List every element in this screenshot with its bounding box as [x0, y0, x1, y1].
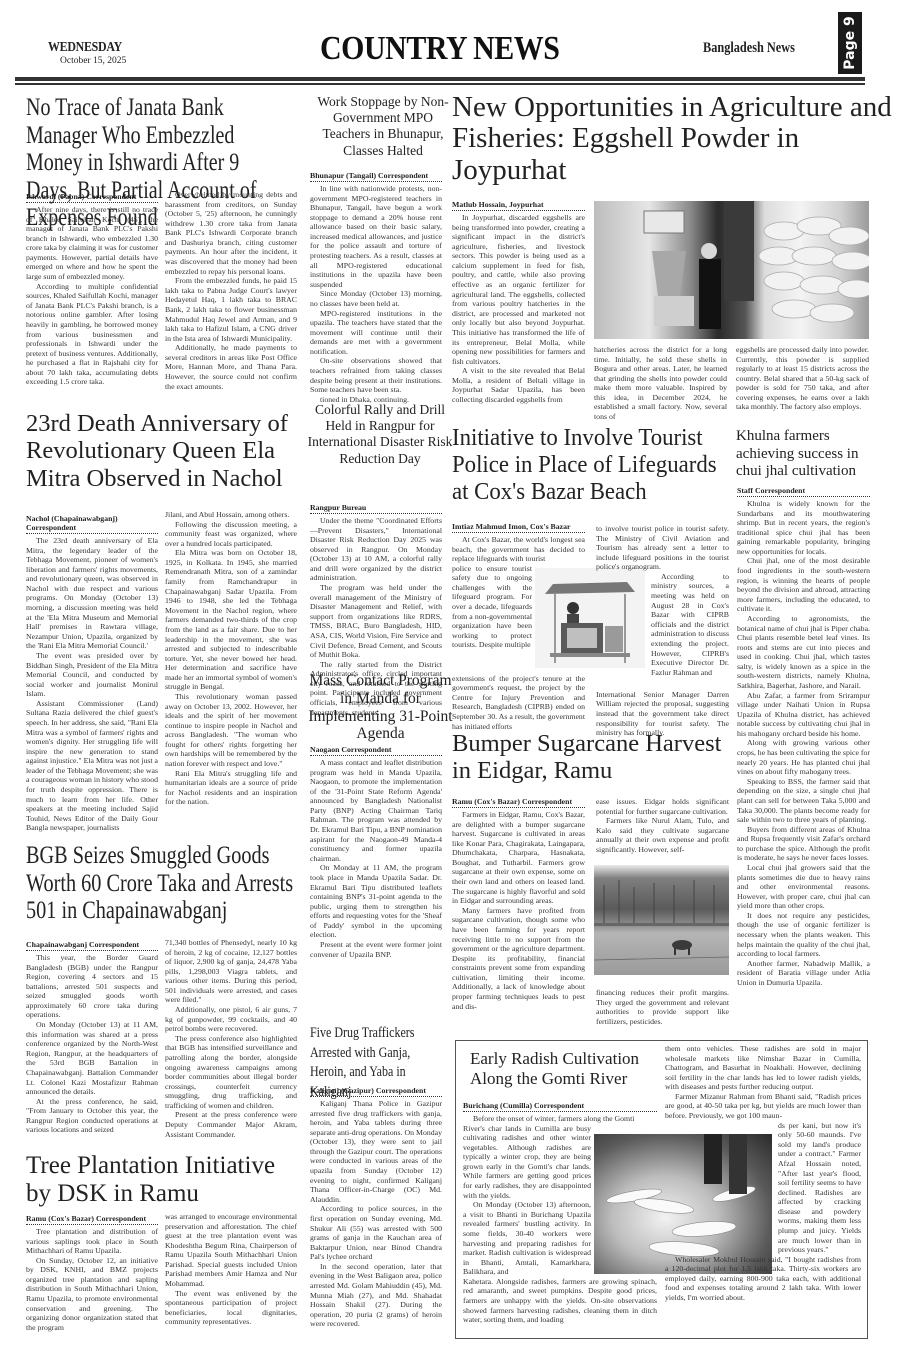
paragraph: Buyers from different areas of Khulna an… — [737, 825, 870, 863]
paragraph: 71,340 bottles of Phensedyl, nearly 10 k… — [165, 938, 297, 1005]
paragraph: Following the discussion meeting, a comm… — [165, 520, 297, 549]
paragraph: Additionally, one pistol, 6 air guns, 7 … — [165, 1005, 297, 1034]
paragraph: eggshells are processed daily into powde… — [736, 345, 869, 412]
paragraph: On Monday (October 13) at 11 AM, this in… — [26, 1020, 158, 1097]
paragraph: police to ensure tourist safety due to o… — [452, 564, 532, 674]
section-title: COUNTRY NEWS — [320, 30, 559, 68]
paragraph: MPO-registered institutions in the upazi… — [310, 309, 442, 357]
paragraph: Chui jhal, one of the most desirable foo… — [737, 556, 870, 613]
paragraph: From the embezzled funds, he paid 15 lak… — [165, 276, 297, 343]
paragraph: This year, the Border Guard Bangladesh (… — [26, 953, 158, 1020]
paragraph: Khulna is widely known for the Sundarban… — [737, 499, 870, 556]
article-bgb-col2: 71,340 bottles of Phensedyl, nearly 10 k… — [165, 938, 297, 1139]
paragraph: Present at the event were former joint c… — [310, 940, 442, 959]
paragraph: was arranged to encourage environmental … — [165, 1212, 297, 1289]
byline: Matlub Hossain, Joypurhat — [452, 200, 585, 211]
paragraph: According to multiple confidential sourc… — [26, 282, 158, 387]
paragraph: to involve tourist police in tourist saf… — [596, 524, 729, 572]
paragraph: On Monday (October 13) afternoon, a visi… — [463, 1200, 591, 1277]
paragraph: Rani Ela Mitra's struggling life and hum… — [165, 769, 297, 807]
paragraph: Overwhelmed by mounting debts and harass… — [165, 190, 297, 276]
paragraph: Farmers like Nurul Alam, Tulo, and Kalo … — [596, 816, 729, 854]
paragraph: Assistant Commissioner (Land) Sultana Ra… — [26, 699, 158, 833]
article-chuijhal: Staff Correspondent Khulna is widely kno… — [737, 486, 870, 987]
paragraph: According to agronomists, the botanical … — [737, 614, 870, 691]
paragraph: In the second operation, later that even… — [310, 1262, 442, 1329]
paragraph: Before the onset of winter, farmers alon… — [463, 1114, 657, 1124]
paragraph: hatcheries across the district for a lon… — [594, 345, 727, 422]
article-bgb-col1: Chapainawabganj Correspondent This year,… — [26, 940, 158, 1135]
paragraph: ds per kani, but now it's only 50-60 mau… — [778, 1121, 861, 1255]
paragraph: The event was enlivened by the spontaneo… — [165, 1289, 297, 1327]
byline: Burichang (Cumilla) Correspondent — [463, 1101, 657, 1112]
article-drugs: Kaliganj (Gazipur) Correspondent Kaligan… — [310, 1086, 442, 1329]
article-eggshell-col1: Matlub Hossain, Joypurhat In Joypurhat, … — [452, 200, 585, 405]
paragraph: According to police sources, in the firs… — [310, 1204, 442, 1261]
paragraph: Under the theme "Coordinated Efforts—Pre… — [310, 516, 442, 583]
cow-in-field-icon — [594, 865, 729, 975]
paragraph: Additionally, he made payments to severa… — [165, 343, 297, 391]
article-tree-col1: Ramu (Cox's Bazar) Correspondent Tree pl… — [26, 1214, 158, 1332]
byline: Ishwardi (Pabna) Correspondent — [26, 192, 158, 203]
masthead-date: October 15, 2025 — [60, 56, 126, 66]
headline-chuijhal: Khulna farmers achieving success in chui… — [736, 428, 876, 481]
byline: Chapainawabganj Correspondent — [26, 940, 158, 951]
headline-mpo: Work Stoppage by Non-Government MPO Teac… — [308, 94, 458, 159]
brand-name: Bangladesh News — [703, 40, 795, 57]
paragraph: It does not require any pesticides, thou… — [737, 911, 870, 959]
paragraph: After nine days, there is still no trace… — [26, 205, 158, 282]
paragraph: Abu Zafar, a farmer from Srirampur villa… — [737, 691, 870, 739]
paragraph: ease issues. Eidgar holds significant po… — [596, 797, 729, 816]
headline-sugarcane: Bumper Sugarcane Harvest in Eidgar, Ramu — [452, 730, 732, 785]
paragraph: At Cox's Bazar, the world's longest sea … — [452, 535, 585, 564]
article-sugarcane-col2-bottom: financing reduces their profit margins. … — [596, 988, 729, 1026]
headline-eggshell: New Opportunities in Agriculture and Fis… — [452, 92, 892, 186]
headline-tourist: Initiative to Involve Tourist Police in … — [452, 425, 728, 506]
paragraph: At the press conference, he said, "From … — [26, 1097, 158, 1135]
paragraph: Wholesaler Mokbul Hossain said, "I bough… — [665, 1255, 861, 1303]
paragraph: Kaliganj Thana Police in Gazipur arreste… — [310, 1099, 442, 1204]
paragraph: Present at the press conference were Dep… — [165, 1110, 297, 1139]
masthead-rule — [15, 77, 865, 81]
paragraph: River's char lands in Cumilla are busy c… — [463, 1124, 591, 1201]
byline: Rangpur Bureau — [310, 503, 442, 514]
paragraph: Along with growing various other crops, … — [737, 738, 870, 776]
paragraph: On Monday at 11 AM, the program took pla… — [310, 863, 442, 940]
paragraph: Since Monday (October 13) morning, no cl… — [310, 289, 442, 308]
paragraph: Kahetara. Alongside radishes, farmers ar… — [463, 1277, 657, 1325]
byline: Bhunapur (Tangail) Correspondent — [310, 171, 442, 182]
paragraph: Jilani, and Abul Hossain, among others. — [165, 510, 297, 520]
eggshell-factory-photo — [594, 201, 869, 339]
paragraph: This revolutionary woman passed away on … — [165, 692, 297, 769]
paragraph: A mass contact and leaflet distribution … — [310, 758, 442, 863]
article-tree-col2: was arranged to encourage environmental … — [165, 1212, 297, 1327]
article-elamitra-col2: Jilani, and Abul Hossain, among others. … — [165, 510, 297, 807]
paragraph: Ela Mitra was born on October 18, 1925, … — [165, 548, 297, 692]
article-janata-col1: Ishwardi (Pabna) Correspondent After nin… — [26, 192, 158, 387]
article-sugarcane-col2: ease issues. Eidgar holds significant po… — [596, 797, 729, 854]
sugarcane-field-photo — [594, 865, 729, 975]
paragraph: On Sunday, October 12, an initiative by … — [26, 1256, 158, 1333]
paragraph: Many farmers have profited from sugarcan… — [452, 906, 585, 1011]
page-number-tab: Page 9 — [838, 12, 862, 74]
paragraph: In line with nationwide protests, non-go… — [310, 184, 442, 289]
paragraph: Another farmer, Nabadwip Mallik, a resid… — [737, 959, 870, 988]
article-mpo: Bhunapur (Tangail) Correspondent In line… — [310, 171, 442, 404]
byline: Nachol (Chapainawabganj) Correspondent — [26, 514, 158, 534]
article-janata-col2: Overwhelmed by mounting debts and harass… — [165, 190, 297, 391]
headline-radish: Early Radish Cultivation Along the Gomti… — [470, 1049, 655, 1088]
paragraph: The press conference also highlighted th… — [165, 1034, 297, 1111]
byline: Ramu (Cox's Bazar) Correspondent — [452, 797, 585, 808]
paragraph: A visit to the site revealed that Belal … — [452, 366, 585, 404]
paragraph: extensions of the project's tenure at th… — [452, 674, 585, 731]
paragraph: In Joypurhat, discarded eggshells are be… — [452, 213, 585, 366]
paragraph: them onto vehicles. These radishes are s… — [665, 1044, 861, 1092]
article-eggshell-col3: eggshells are processed daily into powde… — [736, 345, 869, 412]
article-elamitra-col1: Nachol (Chapainawabganj) Correspondent T… — [26, 514, 158, 833]
page-number: Page 9 — [842, 16, 858, 69]
paragraph: Farmers in Eidgar, Ramu, Cox's Bazar, ar… — [452, 810, 585, 906]
paragraph: Tree plantation and distribution of vari… — [26, 1227, 158, 1256]
masthead-rule-thin — [15, 83, 865, 85]
byline: Ramu (Cox's Bazar) Correspondent — [26, 1214, 158, 1225]
paragraph: On-site observations showed that teacher… — [310, 356, 442, 394]
paragraph: The event was presided over by Biddhan S… — [26, 651, 158, 699]
paragraph: According to ministry sources, a meeting… — [651, 572, 729, 690]
byline: Imtiaz Mahmud Imon, Cox's Bazar — [452, 522, 585, 533]
article-sugarcane-col1: Ramu (Cox's Bazar) Correspondent Farmers… — [452, 797, 585, 1011]
paragraph: The 23rd death anniversary of Ela Mitra,… — [26, 536, 158, 651]
headline-elamitra: 23rd Death Anniversary of Revolutionary … — [26, 410, 301, 492]
headline-bgb: BGB Seizes Smuggled Goods Worth 60 Crore… — [26, 842, 301, 925]
article-eggshell-col2: hatcheries across the district for a lon… — [594, 345, 727, 422]
byline: Staff Correspondent — [737, 486, 870, 497]
factory-worker-icon — [594, 201, 869, 339]
paragraph: financing reduces their profit margins. … — [596, 988, 729, 1026]
paragraph: Speaking to BSS, the farmer said that de… — [737, 777, 870, 825]
byline: Kaliganj (Gazipur) Correspondent — [310, 1086, 442, 1097]
byline: Naogaon Correspondent — [310, 745, 442, 756]
masthead-day: WEDNESDAY — [48, 40, 122, 56]
headline-rally: Colorful Rally and Drill Held in Rangpur… — [306, 402, 454, 467]
headline-tree: Tree Plantation Initiative by DSK in Ram… — [26, 1152, 296, 1208]
article-radish-col2: them onto vehicles. These radishes are s… — [665, 1044, 861, 1303]
paragraph: Farmer Mizanur Rahman from Bhanti said, … — [665, 1092, 861, 1121]
article-tourist-col2: to involve tourist police in tourist saf… — [596, 524, 729, 738]
article-manda: Naogaon Correspondent A mass contact and… — [310, 745, 442, 959]
headline-manda: Mass Contact Program in Manda for Implem… — [308, 672, 453, 743]
paragraph: Local chui jhal growers said that the pl… — [737, 863, 870, 911]
paragraph: The program was held under the overall m… — [310, 583, 442, 660]
